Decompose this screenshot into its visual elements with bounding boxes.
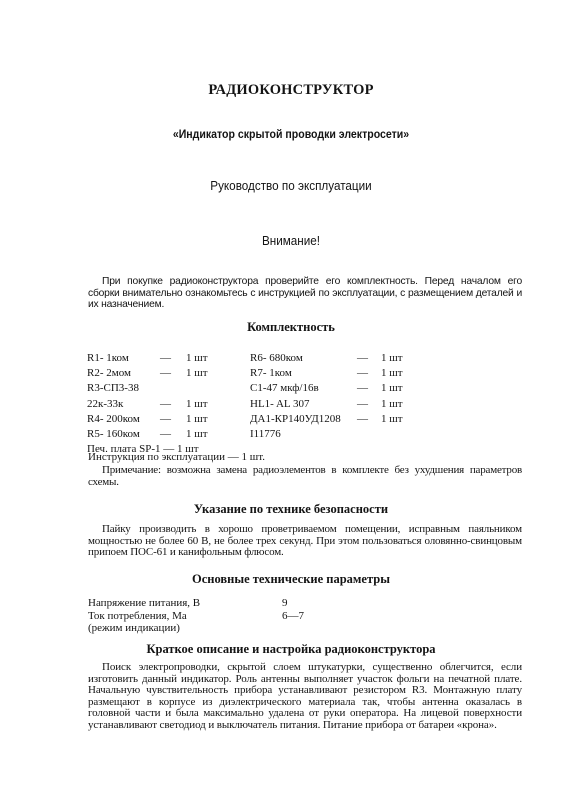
kit-item-name: R5- 160ком (87, 428, 140, 441)
kit-item-dash: — (357, 398, 368, 411)
kit-item-dash: — (357, 413, 368, 426)
kit-heading: Комплектность (0, 320, 582, 335)
kit-item-name: I11776 (250, 428, 281, 441)
param-value: 6—7 (282, 610, 304, 623)
kit-item-qty: 1 шт (381, 367, 403, 380)
kit-item-dash: — (357, 352, 368, 365)
document-subtitle: «Индикатор скрытой проводки электросети» (35, 127, 547, 141)
kit-item-qty: 1 шт (381, 413, 403, 426)
kit-item-name: HL1- AL 307 (250, 398, 309, 411)
kit-item-qty: 1 шт (381, 382, 403, 395)
kit-item-dash: — (357, 382, 368, 395)
kit-item-dash: — (357, 367, 368, 380)
kit-item-qty: 1 шт (186, 413, 208, 426)
kit-item-name: С1-47 мкф/16в (250, 382, 319, 395)
kit-item-name: R4- 200ком (87, 413, 140, 426)
kit-item-name: ДА1-КР140УД1208 (250, 413, 341, 426)
kit-item-name: R7- 1ком (250, 367, 292, 380)
kit-item-qty: 1 шт (186, 352, 208, 365)
document-title: РАДИОКОНСТРУКТОР (0, 82, 582, 99)
safety-paragraph: Пайку производить в хорошо проветриваемо… (88, 524, 522, 559)
kit-instruction: Инструкция по эксплуатации — 1 шт. (88, 451, 265, 463)
kit-item-dash: — (160, 367, 171, 380)
kit-item-dash: — (160, 398, 171, 411)
param-value: 9 (282, 597, 288, 610)
kit-item-name: R6- 680ком (250, 352, 303, 365)
params-heading: Основные технические параметры (0, 572, 582, 587)
description-paragraph: Поиск электропроводки, скрытой слоем шту… (88, 662, 522, 731)
attention-heading: Внимание! (29, 233, 553, 248)
param-label: Ток потребления, Ма (88, 610, 187, 623)
kit-item-dash: — (160, 428, 171, 441)
kit-item-name: R2- 2мом (87, 367, 131, 380)
kit-item-name: 22к-33к (87, 398, 123, 411)
intro-paragraph: При покупке радиоконструктора проверийте… (88, 276, 522, 311)
kit-item-name: R3-СП3-38 (87, 382, 139, 395)
kit-item-qty: 1 шт (186, 428, 208, 441)
safety-heading: Указание по технике безопасности (0, 502, 582, 517)
kit-item-qty: 1 шт (381, 352, 403, 365)
kit-item-name: R1- 1ком (87, 352, 129, 365)
description-heading: Краткое описание и настройка радиоконстр… (0, 642, 582, 657)
kit-item-qty: 1 шт (186, 398, 208, 411)
kit-note: Примечание: возможна замена радиоэлемент… (88, 465, 522, 488)
kit-item-dash: — (160, 352, 171, 365)
kit-item-qty: 1 шт (381, 398, 403, 411)
guide-heading: Руководство по эксплуатации (29, 178, 553, 193)
param-label: Напряжение питания, В (88, 597, 200, 610)
param-label: (режим индикации) (88, 622, 180, 635)
kit-item-qty: 1 шт (186, 367, 208, 380)
kit-item-dash: — (160, 413, 171, 426)
